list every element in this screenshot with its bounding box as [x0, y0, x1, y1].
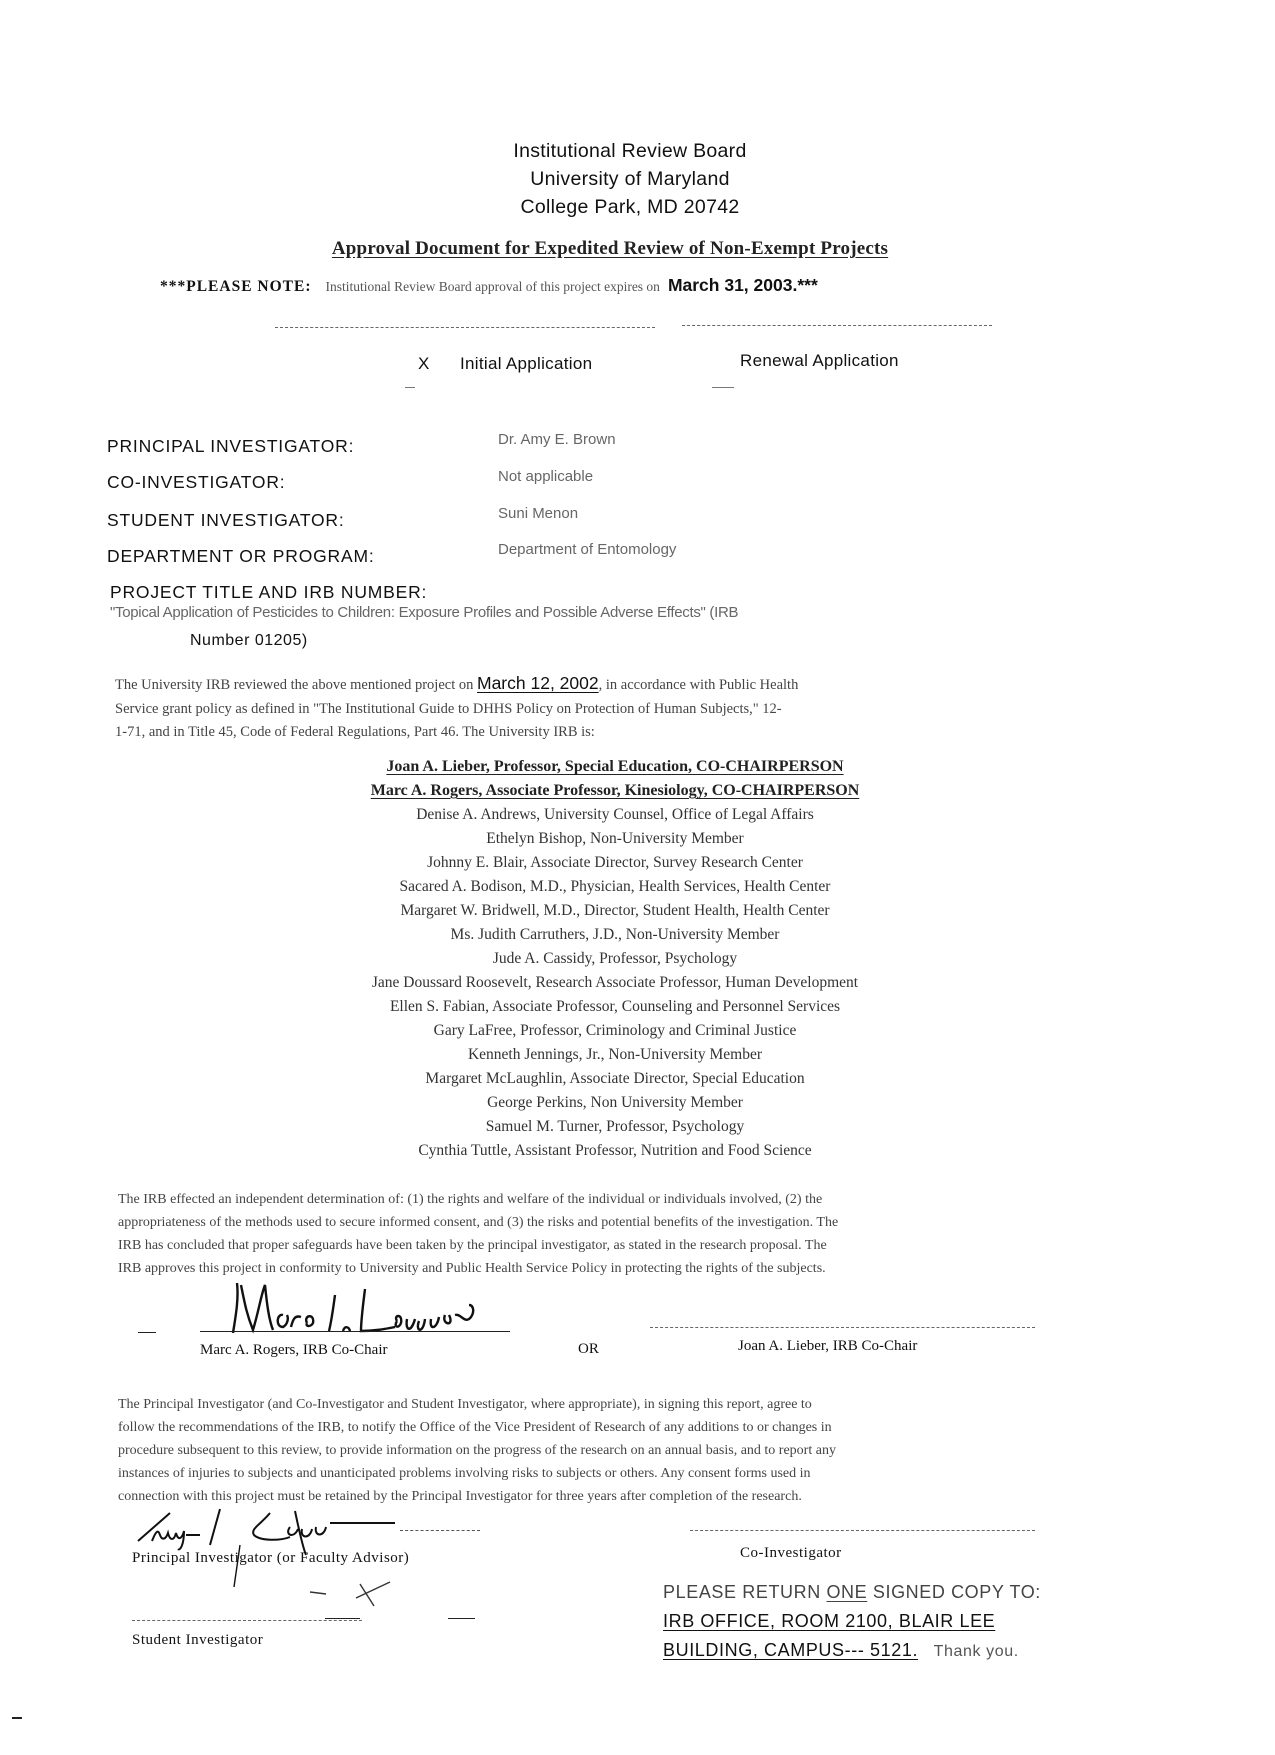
header-board: Institutional Review Board: [330, 140, 930, 163]
irb-member: Jane Doussard Roosevelt, Research Associ…: [165, 974, 1065, 992]
determination-paragraph: The IRB effected an independent determin…: [118, 1188, 1108, 1280]
signature-line: [325, 1618, 360, 1619]
agreement-paragraph: The Principal Investigator (and Co-Inves…: [118, 1393, 1108, 1508]
expiry-date: March 31, 2003.***: [668, 275, 818, 295]
renewal-checkbox-line[interactable]: [712, 387, 734, 388]
irb-member: Gary LaFree, Professor, Criminology and …: [165, 1022, 1065, 1040]
return-emphasis: ONE: [826, 1582, 867, 1602]
irb-member: Margaret W. Bridwell, M.D., Director, St…: [165, 902, 1065, 920]
determination-line: IRB has concluded that proper safeguards…: [118, 1234, 1108, 1257]
note-prefix: ***PLEASE NOTE:: [160, 278, 312, 295]
initial-application-label: Initial Application: [460, 354, 592, 374]
return-notice-address: IRB OFFICE, ROOM 2100, BLAIR LEE: [663, 1611, 995, 1632]
determination-line: The IRB effected an independent determin…: [118, 1188, 1108, 1211]
co-chair-2: Marc A. Rogers, Associate Professor, Kin…: [165, 782, 1065, 800]
irb-member: Kenneth Jennings, Jr., Non-University Me…: [165, 1046, 1065, 1064]
review-text-after: , in accordance with Public Health: [599, 677, 799, 693]
co-chair-1: Joan A. Lieber, Professor, Special Educa…: [165, 758, 1065, 776]
return-notice-line3: BUILDING, CAMPUS--- 5121. Thank you.: [663, 1640, 1019, 1661]
irb-member: Ellen S. Fabian, Associate Professor, Co…: [165, 998, 1065, 1016]
principal-investigator-value: Dr. Amy E. Brown: [498, 431, 616, 448]
rogers-signature-line[interactable]: [200, 1331, 510, 1332]
project-title-label: PROJECT TITLE AND IRB NUMBER:: [110, 582, 427, 603]
scan-artifact: [12, 1717, 22, 1719]
irb-member: Johnny E. Blair, Associate Director, Sur…: [165, 854, 1065, 872]
student-signature-label: Student Investigator: [132, 1632, 263, 1649]
header-address: College Park, MD 20742: [330, 196, 930, 219]
review-paragraph: The University IRB reviewed the above me…: [115, 672, 1095, 745]
lieber-signature-label: Joan A. Lieber, IRB Co-Chair: [738, 1338, 917, 1355]
rogers-signature-label: Marc A. Rogers, IRB Co-Chair: [200, 1342, 387, 1359]
student-investigator-label: STUDENT INVESTIGATOR:: [107, 510, 345, 531]
irb-member: Sacared A. Bodison, M.D., Physician, Hea…: [165, 878, 1065, 896]
irb-member: Samuel M. Turner, Professor, Psychology: [165, 1118, 1065, 1136]
irb-member: George Perkins, Non University Member: [165, 1094, 1065, 1112]
co-investigator-label: CO-INVESTIGATOR:: [107, 472, 285, 493]
agreement-line: The Principal Investigator (and Co-Inves…: [118, 1393, 1108, 1416]
signature-line: [138, 1332, 156, 1333]
student-signature-line[interactable]: [132, 1620, 362, 1621]
agreement-line: follow the recommendations of the IRB, t…: [118, 1416, 1108, 1439]
irb-number: Number 01205): [190, 632, 308, 650]
signature-line: [448, 1618, 475, 1619]
return-pre: PLEASE RETURN: [663, 1582, 826, 1602]
irb-member: Ms. Judith Carruthers, J.D., Non-Univers…: [165, 926, 1065, 944]
initial-application-mark[interactable]: X: [418, 354, 429, 374]
review-date: March 12, 2002: [477, 673, 599, 693]
irb-member: Denise A. Andrews, University Counsel, O…: [165, 806, 1065, 824]
determination-line: appropriateness of the methods used to s…: [118, 1211, 1108, 1234]
divider: [682, 325, 992, 326]
irb-member: Ethelyn Bishop, Non-University Member: [165, 830, 1065, 848]
irb-member: Margaret McLaughlin, Associate Director,…: [165, 1070, 1065, 1088]
return-post: SIGNED COPY TO:: [867, 1582, 1041, 1602]
marc-rogers-signature: [225, 1275, 525, 1345]
review-line-3: 1-71, and in Title 45, Code of Federal R…: [115, 721, 1095, 745]
return-building: BUILDING, CAMPUS--- 5121.: [663, 1640, 918, 1660]
review-text-before: The University IRB reviewed the above me…: [115, 677, 473, 693]
co-investigator-signature-label: Co-Investigator: [740, 1545, 842, 1562]
project-title-value: "Topical Application of Pesticides to Ch…: [110, 604, 738, 621]
renewal-application-label: Renewal Application: [740, 351, 899, 371]
thank-you: Thank you.: [934, 1643, 1019, 1660]
divider: [275, 327, 655, 328]
irb-member: Jude A. Cassidy, Professor, Psychology: [165, 950, 1065, 968]
or-label: OR: [578, 1341, 599, 1358]
note-text: Institutional Review Board approval of t…: [326, 279, 660, 294]
student-investigator-value: Suni Menon: [498, 505, 578, 522]
irb-member: Cynthia Tuttle, Assistant Professor, Nut…: [165, 1142, 1065, 1160]
lieber-signature-line[interactable]: [650, 1327, 1035, 1328]
department-label: DEPARTMENT OR PROGRAM:: [107, 546, 375, 567]
header-university: University of Maryland: [330, 168, 930, 191]
initial-checkbox-line: [405, 387, 415, 388]
agreement-line: instances of injuries to subjects and un…: [118, 1462, 1108, 1485]
co-investigator-value: Not applicable: [498, 468, 593, 485]
co-investigator-signature-line[interactable]: [690, 1530, 1035, 1531]
pi-signature-line-end: [400, 1530, 480, 1531]
project-title-text: "Topical Application of Pesticides to Ch…: [110, 604, 738, 621]
department-value: Department of Entomology: [498, 541, 676, 558]
student-initials-mark: [300, 1580, 420, 1620]
expiry-note: ***PLEASE NOTE: Institutional Review Boa…: [160, 275, 1120, 296]
principal-investigator-label: PRINCIPAL INVESTIGATOR:: [107, 436, 354, 457]
return-notice-line1: PLEASE RETURN ONE SIGNED COPY TO:: [663, 1582, 1041, 1603]
document-title: Approval Document for Expedited Review o…: [275, 238, 945, 260]
agreement-line: procedure subsequent to this review, to …: [118, 1439, 1108, 1462]
pi-signature-label: Principal Investigator (or Faculty Advis…: [132, 1550, 409, 1567]
review-line-2: Service grant policy as defined in "The …: [115, 698, 1095, 722]
